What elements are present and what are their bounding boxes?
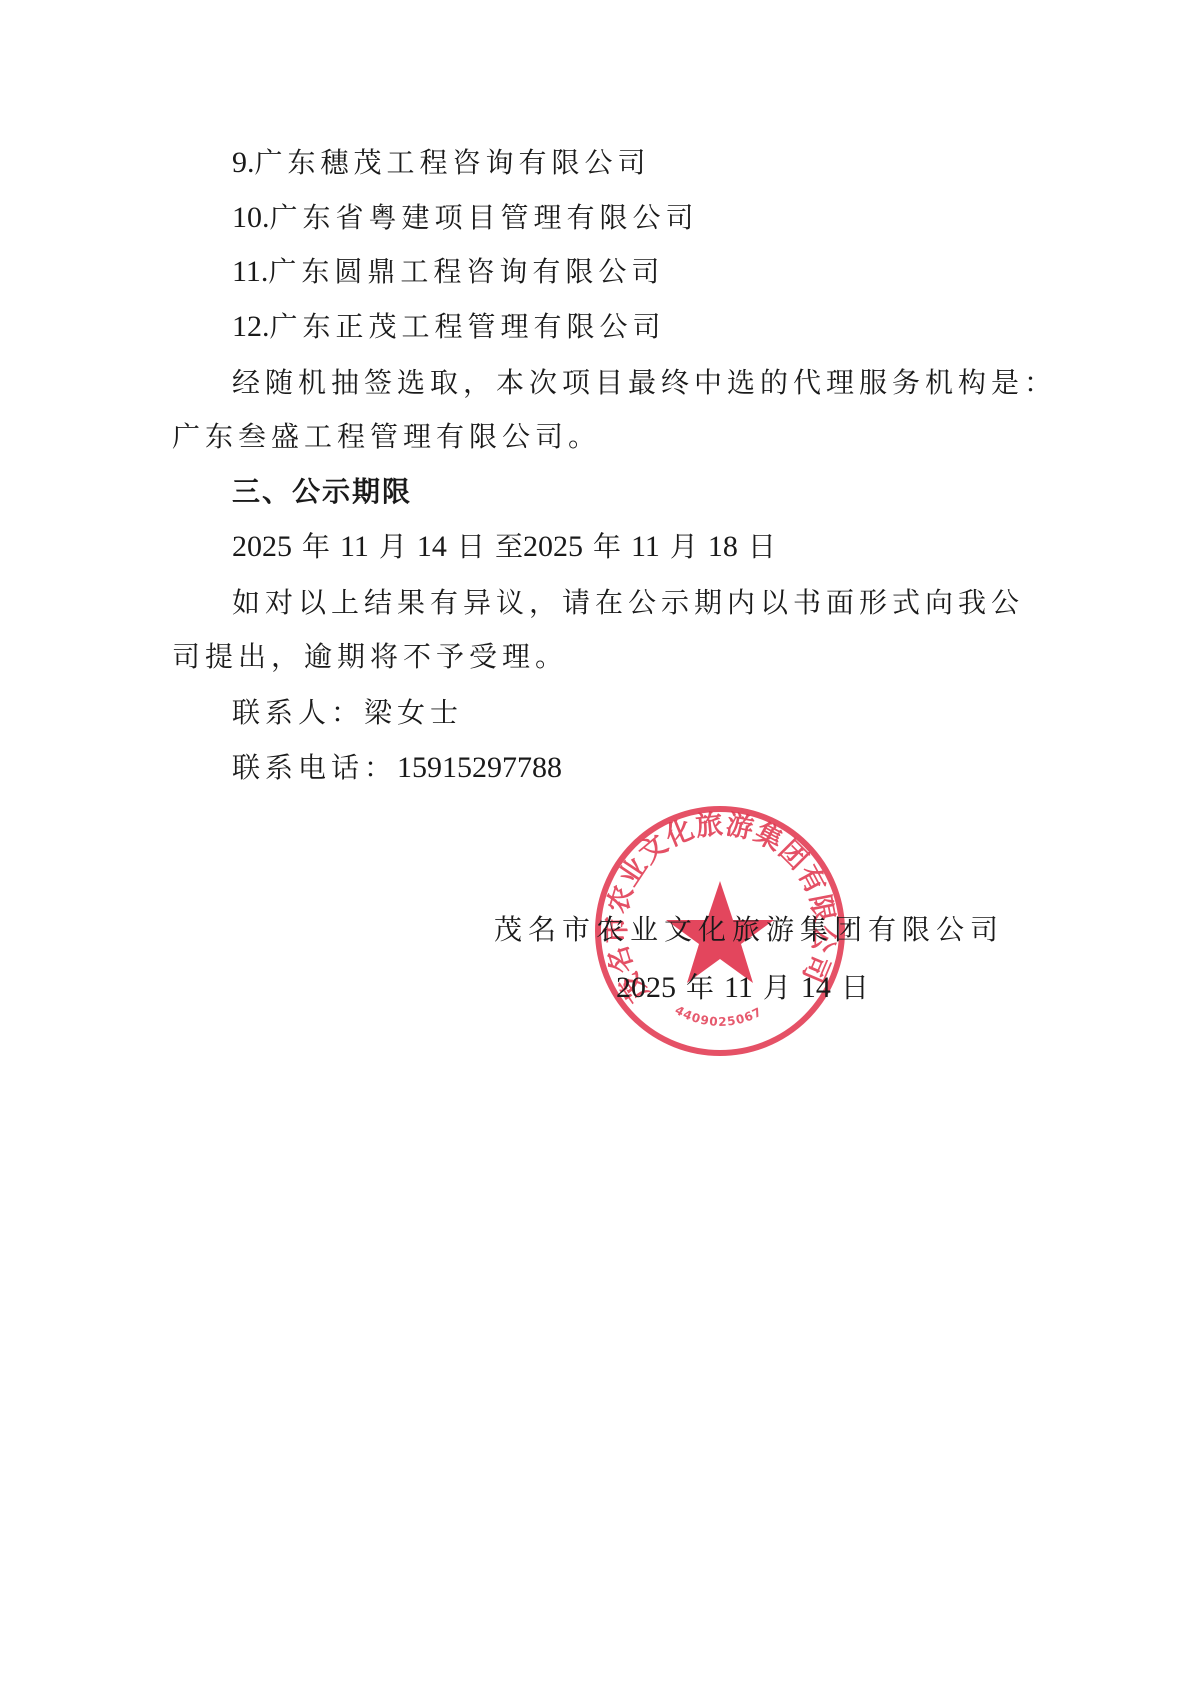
list-item-name: 广东穗茂工程咨询有限公司	[255, 146, 651, 179]
end-month: 11	[631, 530, 660, 563]
contact-person-name: 梁女士	[364, 696, 463, 729]
month-char: 月	[670, 530, 698, 563]
section-heading: 三、公示期限	[232, 475, 412, 509]
seal-code: 4409025067	[672, 1003, 764, 1029]
list-item-number: 11.	[232, 255, 268, 288]
sign-day: 14	[801, 971, 831, 1004]
list-item-name: 广东圆鼎工程咨询有限公司	[268, 255, 664, 288]
list-item-10: 10.广东省粤建项目管理有限公司	[232, 201, 699, 235]
month-char: 月	[763, 971, 791, 1004]
svg-text:4409025067: 4409025067	[672, 1003, 764, 1029]
month-char: 月	[379, 530, 407, 563]
signature-date: 2025年11月14日	[616, 971, 879, 1005]
start-year: 2025	[232, 530, 292, 563]
end-day: 18	[708, 530, 738, 563]
to-char: 至	[495, 530, 523, 563]
contact-phone: 联系电话：15915297788	[232, 751, 562, 785]
day-char: 日	[457, 530, 485, 563]
list-item-number: 9.	[232, 146, 255, 179]
list-item-9: 9.广东穗茂工程咨询有限公司	[232, 146, 651, 180]
objection-paragraph-line1: 如对以上结果有异议，请在公示期内以书面形式向我公	[232, 586, 1024, 620]
day-char: 日	[748, 530, 776, 563]
contact-phone-label: 联系电话：	[232, 751, 397, 784]
sign-month: 11	[724, 971, 753, 1004]
selection-paragraph-line2: 广东叁盛工程管理有限公司。	[172, 420, 601, 454]
list-item-name: 广东正茂工程管理有限公司	[270, 310, 666, 343]
start-month: 11	[340, 530, 369, 563]
signature-organization: 茂名市农业文化旅游集团有限公司	[494, 913, 1004, 947]
start-day: 14	[417, 530, 447, 563]
list-item-number: 10.	[232, 201, 270, 234]
list-item-12: 12.广东正茂工程管理有限公司	[232, 310, 666, 344]
contact-person: 联系人：梁女士	[232, 696, 463, 730]
objection-paragraph-line2: 司提出，逾期将不予受理。	[172, 640, 568, 674]
contact-person-label: 联系人：	[232, 696, 364, 729]
sign-year: 2025	[616, 971, 676, 1004]
publicity-period: 2025年11月14日至2025年11月18日	[232, 530, 786, 564]
selection-paragraph-line1: 经随机抽签选取，本次项目最终中选的代理服务机构是：	[232, 366, 1057, 400]
year-char: 年	[593, 530, 621, 563]
contact-phone-number: 15915297788	[397, 751, 562, 784]
list-item-name: 广东省粤建项目管理有限公司	[270, 201, 699, 234]
list-item-11: 11.广东圆鼎工程咨询有限公司	[232, 255, 664, 289]
end-year: 2025	[523, 530, 583, 563]
year-char: 年	[686, 971, 714, 1004]
list-item-number: 12.	[232, 310, 270, 343]
day-char: 日	[841, 971, 869, 1004]
year-char: 年	[302, 530, 330, 563]
